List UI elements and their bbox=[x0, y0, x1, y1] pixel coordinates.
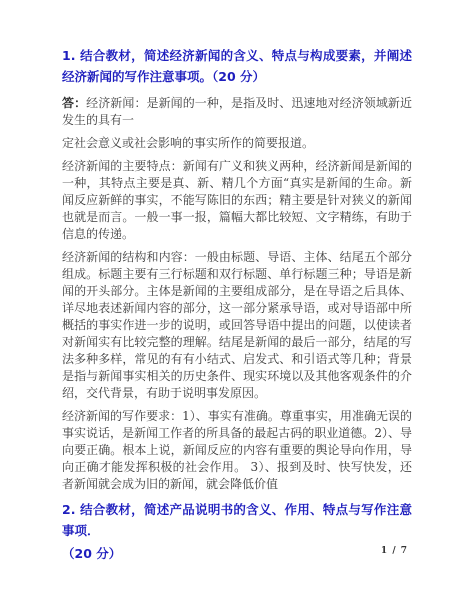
question-2-heading: 2. 结合教材，简述产品说明书的含义、作用、特点与写作注意事项． （20 分） bbox=[62, 499, 412, 564]
answer-paragraph-structure: 经济新闻的结构和内容：一般由标题、导语、主体、结尾五个部分组成。标题主要有三行标… bbox=[62, 249, 412, 402]
answer-paragraph-definition: 定社会意义或社会影响的事实所作的简要报道。 bbox=[62, 135, 412, 152]
question-2-heading-text: 2. 结合教材，简述产品说明书的含义、作用、特点与写作注意事项． bbox=[62, 499, 412, 541]
page-number: 1 / 7 bbox=[381, 546, 408, 556]
question-1-heading: 1. 结合教材，简述经济新闻的含义、特点与构成要素，并阐述经济新闻的写作注意事项… bbox=[62, 45, 412, 87]
answer-paragraph-requirements: 经济新闻的写作要求：1）、事实有准确。尊重事实，用准确无误的事实说话，是新闻工作… bbox=[62, 408, 412, 493]
document-page: 1. 结合教材，简述经济新闻的含义、特点与构成要素，并阐述经济新闻的写作注意事项… bbox=[0, 0, 474, 612]
answer-lead-paragraph: 答：经济新闻：是新闻的一种，是指及时、迅速地对经济领域新近发生的具有一 bbox=[62, 95, 412, 129]
answer-lead-text: 经济新闻：是新闻的一种，是指及时、迅速地对经济领域新近发生的具有一 bbox=[62, 96, 412, 127]
question-2-score: （20 分） bbox=[62, 543, 412, 564]
answer-prefix: 答： bbox=[62, 96, 86, 110]
answer-paragraph-features: 经济新闻的主要特点：新闻有广义和狭义两种，经济新闻是新闻的一种，其特点主要是真、… bbox=[62, 158, 412, 243]
